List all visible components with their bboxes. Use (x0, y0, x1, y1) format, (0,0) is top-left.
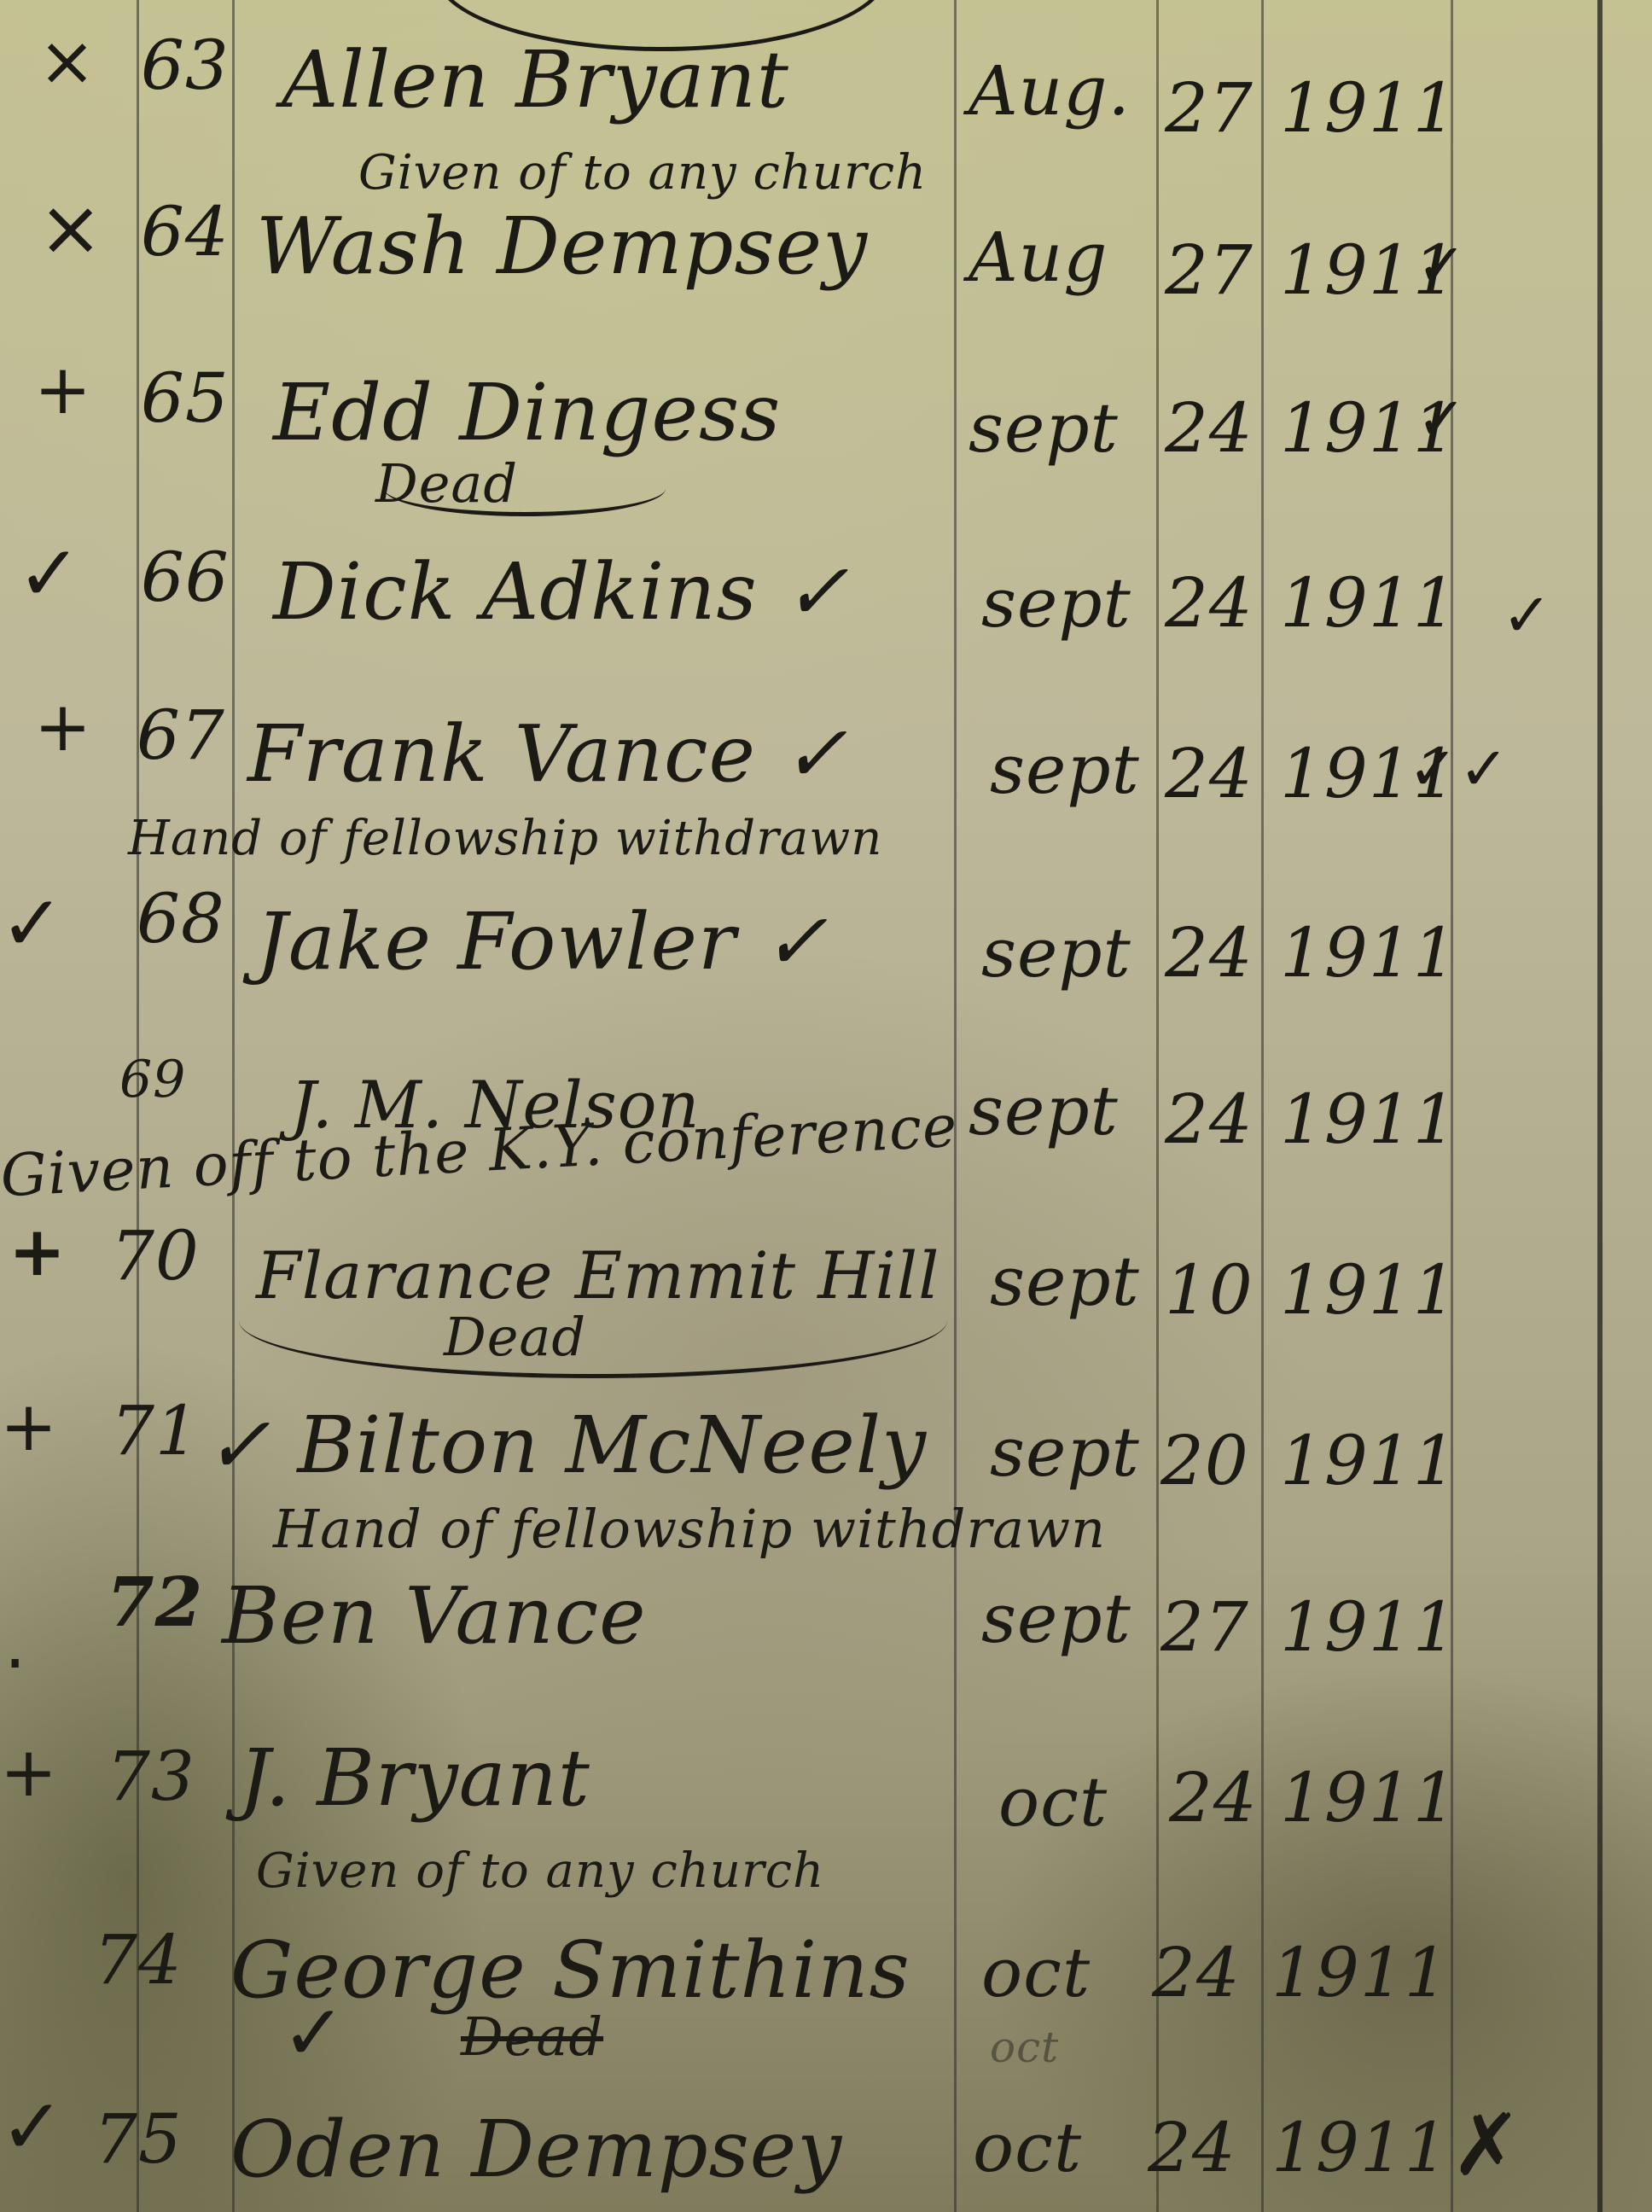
row-year: 1911 (1271, 1933, 1449, 2012)
row-month: oct (973, 2108, 1082, 2187)
row-name: Dick Adkins ✓ (273, 546, 850, 637)
row-note: Hand of fellowship withdrawn (128, 811, 882, 866)
row-name: Wash Dempsey (256, 201, 868, 292)
row-month: sept (969, 1071, 1119, 1150)
faded-month: oct (990, 2023, 1059, 2072)
row-number: 64 (141, 192, 230, 271)
row-number: 71 (111, 1391, 200, 1470)
row-check: ✓ (1502, 580, 1553, 650)
column-rule-number (232, 0, 235, 2212)
row-name: Oden Dempsey (230, 2104, 842, 2195)
entry-underline (239, 1263, 947, 1378)
row-note: Given of to any church (256, 1843, 824, 1899)
row-month: sept (969, 388, 1119, 468)
row-check: ✓ (1416, 384, 1468, 454)
row-month: Aug. (969, 51, 1131, 131)
dead-underline (384, 461, 666, 516)
row-day: 24 (1165, 388, 1254, 468)
row-mark: + (0, 1732, 58, 1812)
row-year: 1911 (1280, 1587, 1457, 1667)
row-mark: × (38, 183, 103, 273)
row-month: Aug (969, 218, 1108, 297)
row-name: Allen Bryant (282, 34, 789, 125)
row-number: 67 (137, 696, 225, 775)
row-year: 1911 (1280, 1080, 1457, 1159)
row-name: Jake Fowler ✓ (256, 896, 829, 987)
row-day: 24 (1169, 1758, 1258, 1837)
row-mark: ✓ (17, 529, 82, 619)
row-check: ✓ (1416, 230, 1468, 300)
row-year: 1911 (1280, 68, 1457, 148)
page-spine-rule (1597, 0, 1603, 2212)
row-check: ✓✓ (1408, 734, 1509, 804)
row-note: Hand of fellowship withdrawn (273, 1498, 1106, 1560)
column-rule-month (1156, 0, 1159, 2212)
row-year: 1911 (1280, 913, 1457, 992)
row-year: 1911 (1280, 563, 1457, 643)
row-number: 68 (137, 879, 225, 958)
row-year: 1911 (1280, 1421, 1457, 1500)
row-year: 1911 (1271, 2108, 1449, 2187)
row-note: Given of to any church (358, 145, 927, 201)
row-mark: × (38, 21, 96, 101)
row-year: 1911 (1280, 1250, 1457, 1330)
row-day: 20 (1160, 1421, 1249, 1500)
row-name: ✓ Bilton McNeely (205, 1400, 927, 1491)
row-month: oct (981, 1933, 1091, 2012)
row-name: Edd Dingess (273, 367, 781, 458)
row-number: 73 (107, 1737, 195, 1816)
row-day: 24 (1148, 2108, 1236, 2187)
row-month: sept (981, 1579, 1131, 1658)
row-day: 24 (1165, 913, 1254, 992)
row-month: sept (981, 563, 1131, 643)
row-month: oct (998, 1762, 1108, 1842)
row-mark: . (4, 1604, 26, 1684)
row-number: 69 (119, 1050, 186, 1109)
row-month: sept (990, 1412, 1140, 1492)
row-day: 24 (1152, 1933, 1241, 2012)
row-number: 66 (141, 538, 230, 617)
row-name: Frank Vance ✓ (247, 708, 848, 800)
row-number: 74 (94, 1920, 183, 2000)
row-mark: ✓ (0, 2082, 65, 2172)
row-month: sept (981, 913, 1131, 992)
row-note-dead: Dead (461, 2005, 603, 2068)
row-day: 27 (1165, 230, 1254, 310)
row-mark: + (0, 1387, 58, 1466)
row-number: 63 (141, 26, 230, 105)
row-name: Ben Vance (222, 1570, 647, 1662)
row-day: 27 (1165, 68, 1254, 148)
row-mark: + (9, 1212, 67, 1291)
row-mark: ✓ (0, 879, 65, 969)
margin-check: ✓ (282, 1988, 346, 2078)
row-number: 70 (111, 1216, 200, 1295)
row-mark: + (34, 687, 92, 766)
register-page: × 63 Allen Bryant Aug. 27 1911 Given of … (0, 0, 1652, 2212)
row-number: 75 (94, 2099, 183, 2179)
row-day: 24 (1165, 734, 1254, 813)
row-month: sept (990, 1242, 1140, 1321)
row-month: sept (990, 730, 1140, 809)
row-day: 10 (1165, 1250, 1254, 1330)
row-year: 1911 (1280, 1758, 1457, 1837)
row-day: 24 (1165, 563, 1254, 643)
column-rule-day (1261, 0, 1264, 2212)
row-check: ✗ (1451, 2095, 1523, 2195)
row-mark: + (34, 350, 92, 429)
row-number: 72 (107, 1562, 203, 1642)
row-number: 65 (141, 358, 230, 438)
row-day: 24 (1165, 1080, 1254, 1159)
row-day: 27 (1160, 1587, 1249, 1667)
row-name: J. Bryant (239, 1732, 590, 1824)
